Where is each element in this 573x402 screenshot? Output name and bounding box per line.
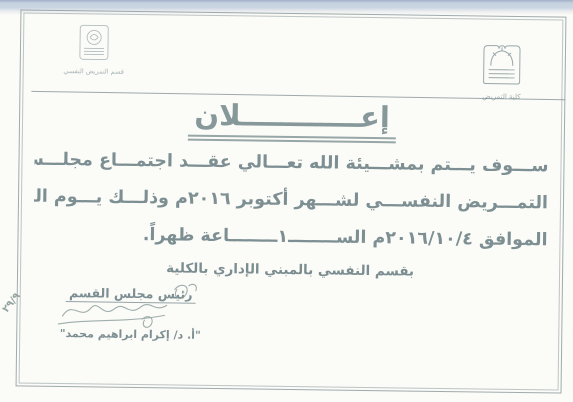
faculty-emblem: كلية التمريض [465,43,538,101]
department-stamp-caption: قسم التمريض النفسي [58,67,130,76]
faculty-emblem-icon [482,43,523,86]
document-frame: قسم التمريض النفسي كلية التمريض [16,9,567,393]
announcement-body: ســـوف يـــتم بمشـــيئة الله تعـــالي عق… [33,143,548,261]
university-seal-icon [79,24,109,61]
scanned-announcement-page: قسم التمريض النفسي كلية التمريض [0,0,573,402]
signatory-name: "أ. د/ إكرام ابراهيم محمد" [42,327,218,342]
body-line-3: الموافق ٤‏/‏١٠‏/‏٢٠١٦م الســــــــ١ـــــ… [33,217,547,261]
announcement-title: إعــــــــــــلان [188,98,396,144]
faculty-emblem-caption: كلية التمريض [465,92,537,101]
signature-block: رئيس مجلس القسم "أ. د/ إكرام ابراهيم محم… [42,282,219,342]
department-stamp: قسم التمريض النفسي [58,24,131,76]
signatory-role: رئيس مجلس القسم [66,285,196,304]
